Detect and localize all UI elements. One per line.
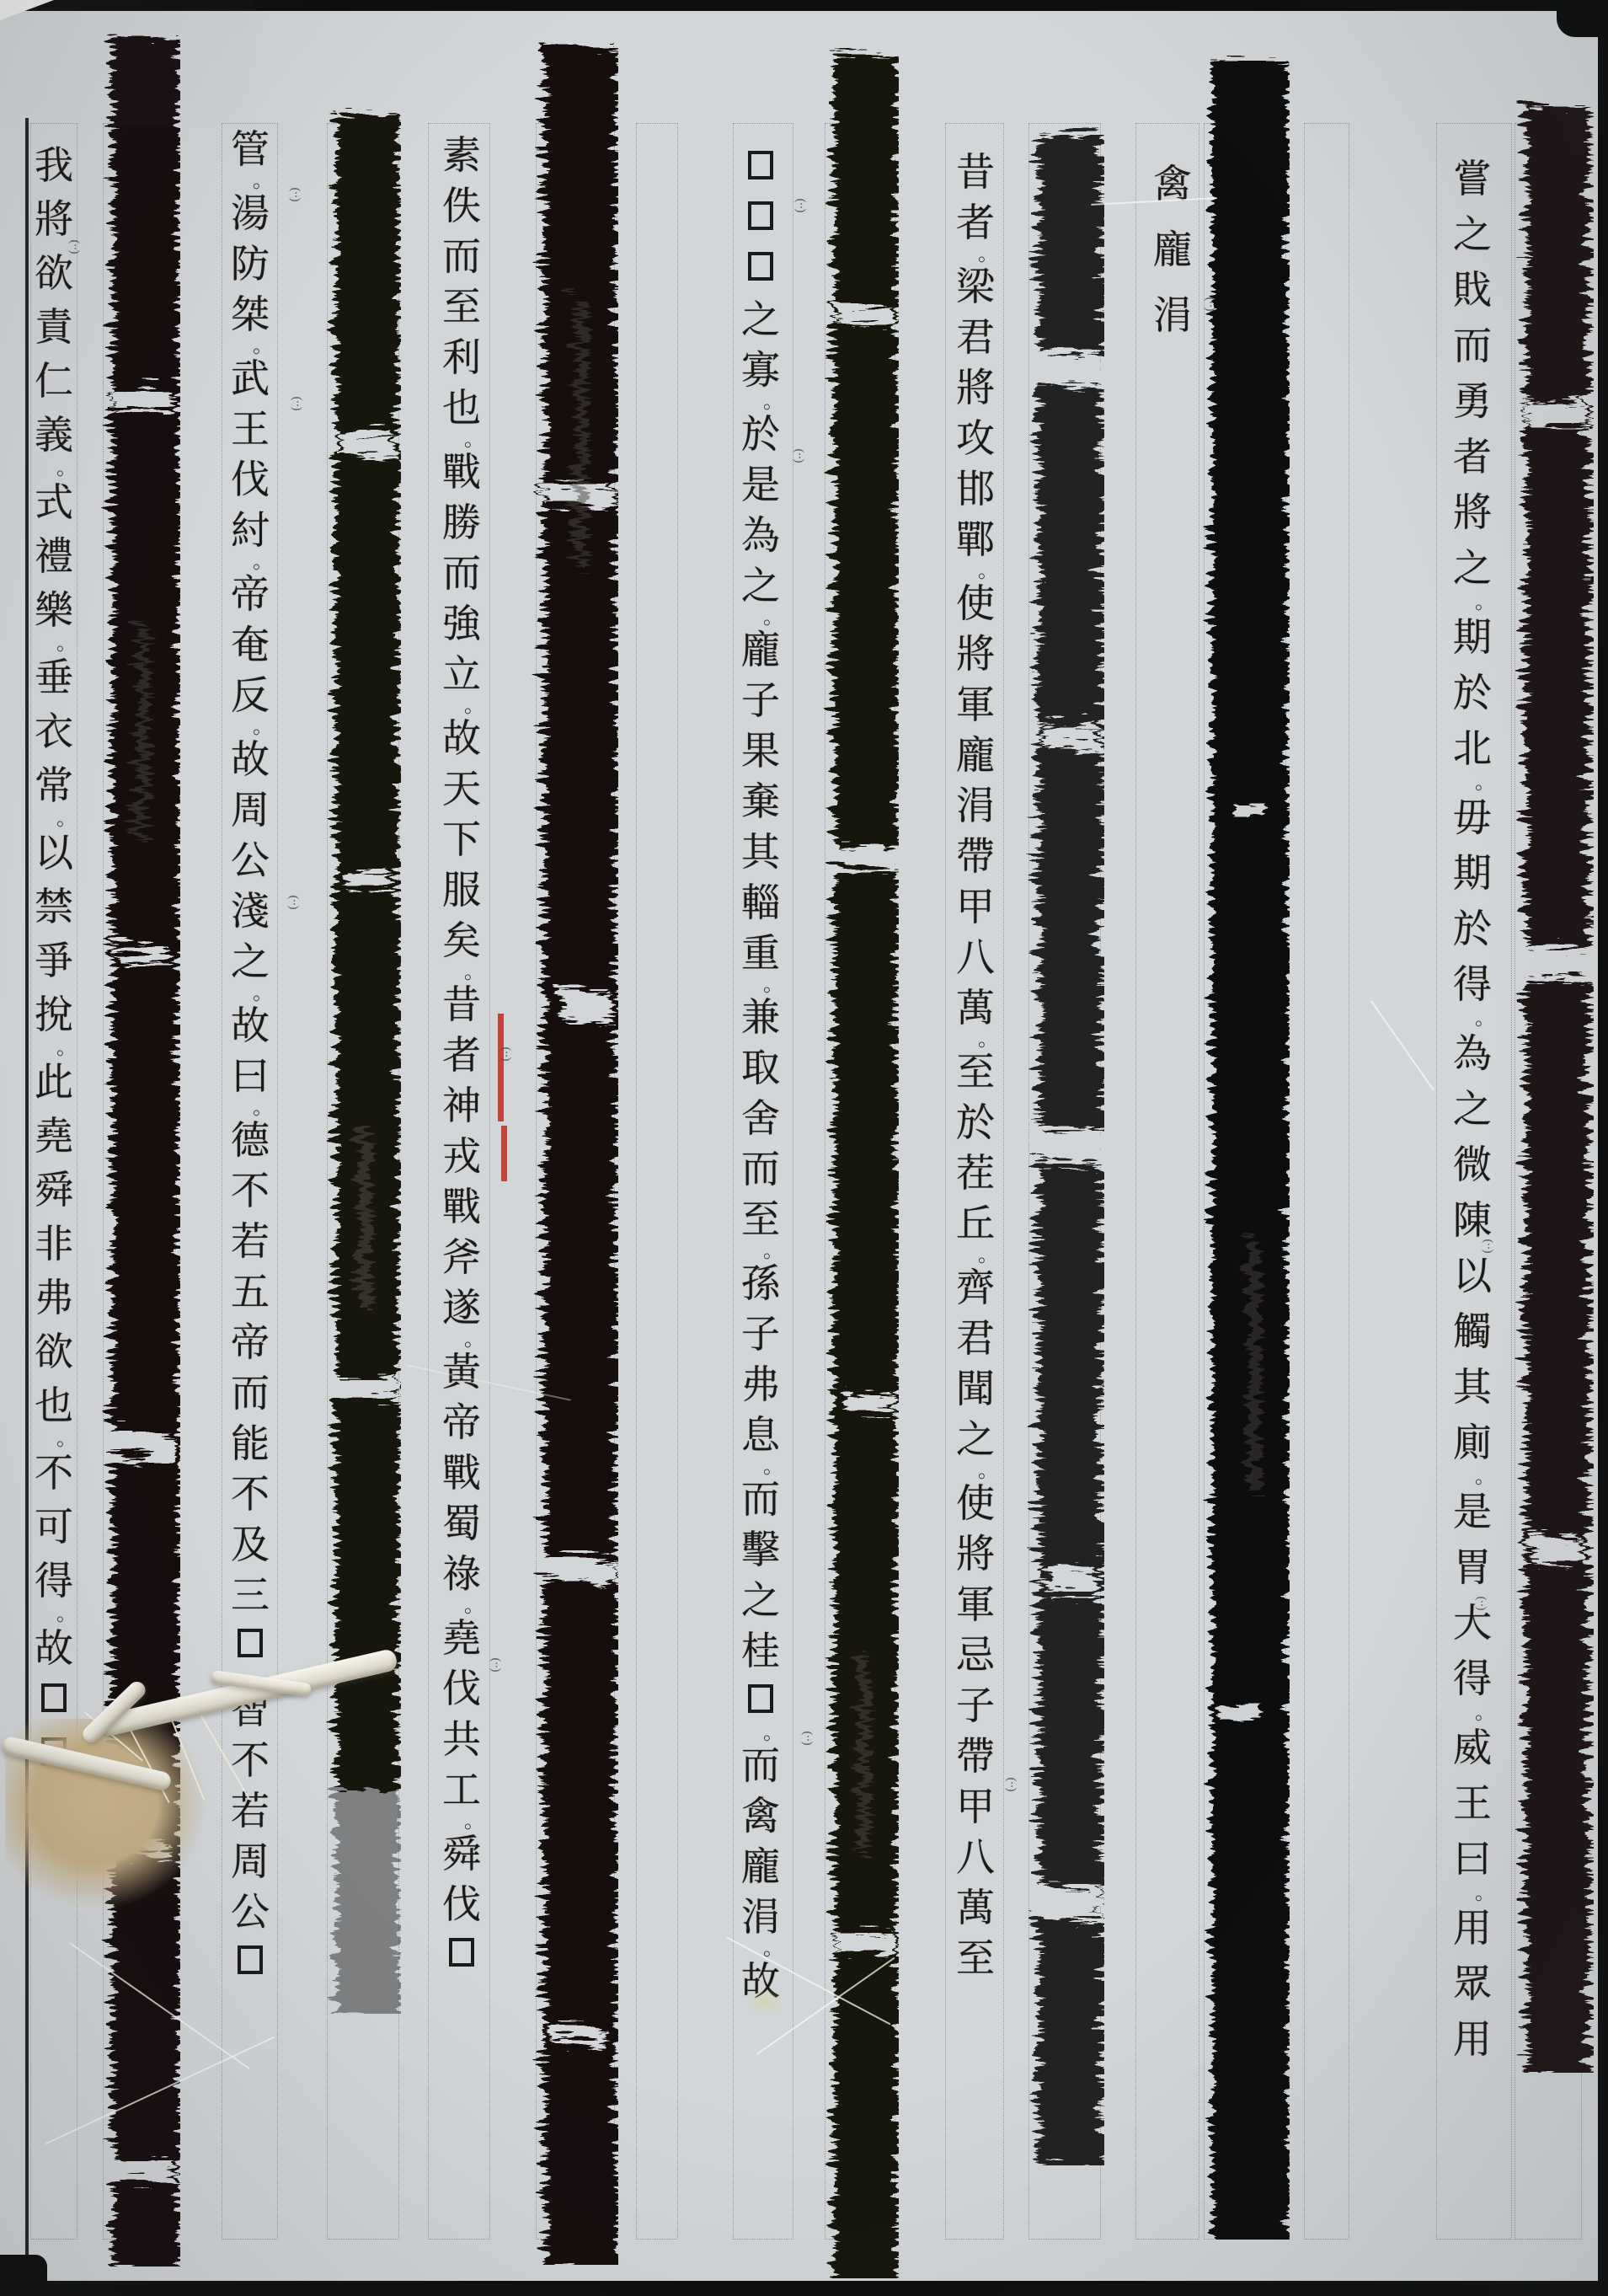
red-underline-annotation: [498, 1014, 504, 1121]
slip-text-column-15: 嘗之戝而勇者將之。期於北。毋期於得。為之微陳以觸其廁。是胃大得。威王曰。用眾用: [1448, 152, 1497, 2068]
slip-number-mark: (··): [67, 240, 81, 254]
chapter-title-slip: 禽龐涓: [1148, 152, 1197, 349]
slip-text-column-8: 之寡。於是為之。龐子果棄其輜重。兼取舍而至。孫子弗息。而擊之桂。而禽龐涓。故: [736, 143, 785, 2007]
slip-number-mark: (··): [793, 199, 807, 212]
slip-guide-box-7-empty: [636, 123, 678, 2240]
damaged-slip-6: [531, 40, 618, 2265]
damaged-slip-13: [1200, 56, 1290, 2240]
left-rule-line: [25, 118, 29, 2268]
illegible-char-box: [449, 1938, 474, 1967]
damaged-slip-11: [1025, 126, 1104, 2165]
slip-text-column-3: 管。湯防桀。武王伐紂。帝奄反。故周公淺之。故曰。德不若五帝而能不及三。智不若周公: [226, 125, 275, 1988]
damaged-slip-2: [99, 30, 180, 2267]
slip-number-mark: (··): [1003, 1778, 1018, 1791]
slip-number-mark: (··): [791, 449, 805, 463]
illegible-char-box: [748, 1684, 773, 1713]
red-underline-annotation-lower: [501, 1126, 507, 1181]
illegible-char-box: [748, 252, 773, 281]
bamboo-slip-plate-photo: 我將欲責仁義。式禮樂。垂衣常。以禁爭挩。此堯舜非弗欲也。不可得。故之。 管。湯防…: [0, 0, 1608, 2296]
photo-border-right: [1598, 0, 1608, 2296]
illegible-char-box: [748, 201, 773, 230]
slip-number-mark: (··): [1473, 1597, 1488, 1610]
slip-text-column-1: 我將欲責仁義。式禮樂。垂衣常。以禁爭挩。此堯舜非弗欲也。不可得。故之。: [29, 139, 78, 1851]
slip-number-mark: (··): [286, 896, 300, 909]
illegible-char-box: [238, 1629, 263, 1657]
slip-number-mark: (··): [1480, 1239, 1494, 1253]
photo-border-top: [0, 0, 1608, 11]
slip-text-column-5: 素佚而至利也。戰勝而強立。故天下服矣。昔者神戎戰斧遂。黃帝戰蜀祿。堯伐共工。舜伐: [437, 131, 486, 1981]
slip-number-mark: (··): [287, 188, 302, 201]
slip-number-mark: (··): [488, 1658, 502, 1672]
photo-corner-bottom-left: [0, 2255, 47, 2296]
scratch-line: [1370, 1000, 1434, 1091]
illegible-char-box: [748, 151, 773, 179]
slip-text-column-10: 昔者。梁君將攻邯鄲。使將軍龐涓帶甲八萬。至於茬丘。齊君聞之。使將軍忌子帶甲八萬至: [951, 147, 1000, 1984]
illegible-char-box: [41, 1683, 67, 1712]
stain-smudge: [745, 1988, 784, 2015]
slip-number-mark: (··): [498, 1047, 512, 1061]
slip-guide-box-12-title: [1135, 123, 1199, 2240]
damaged-slip-9: [821, 47, 899, 2278]
slip-number-mark: (··): [1202, 297, 1216, 311]
slip-guide-box-14-empty: [1304, 123, 1349, 2240]
slip-number-mark: (··): [799, 1731, 814, 1745]
illegible-char-box: [238, 1945, 263, 1974]
photo-border-bottom: [0, 2281, 1608, 2296]
photo-corner-top-right: [1557, 0, 1608, 37]
damaged-slip-16: [1511, 99, 1594, 2073]
damaged-slip-4: [323, 108, 401, 2014]
slip-number-mark: (··): [289, 397, 303, 410]
